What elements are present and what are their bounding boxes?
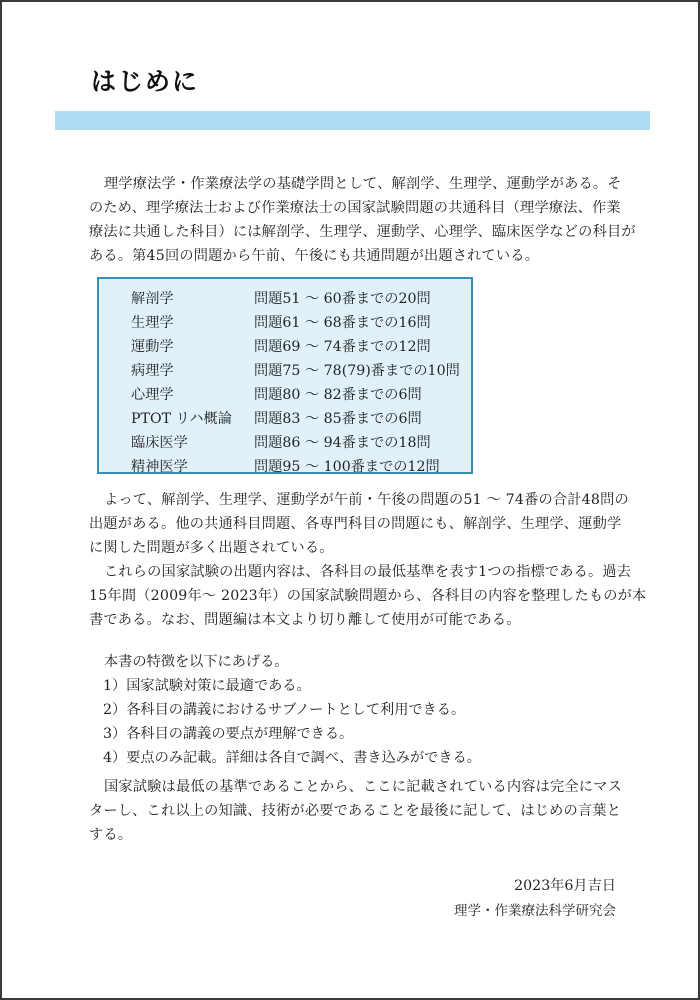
intro-paragraph: 理学療法学・作業療法学の基礎学問として、解剖学、生理学、運動学がある。そ のため… bbox=[89, 172, 649, 268]
text-line: ターし、これ以上の知識、技術が必要であることを最後に記して、はじめの言葉と bbox=[89, 799, 649, 823]
text-line: に関した問題が多く出題されている。 bbox=[89, 536, 649, 560]
table-row: 病理学問題75 ～ 78(79)番までの10問 bbox=[131, 359, 460, 383]
closing-paragraph: 国家試験は最低の基準であることから、ここに記載されている内容は完全にマス ターし… bbox=[89, 775, 649, 847]
subject-name: 解剖学 bbox=[131, 287, 254, 311]
text-line: 15年間（2009年～ 2023年）の国家試験問題から、各科目の内容を整理したも… bbox=[89, 584, 649, 608]
title-accent-bar bbox=[55, 111, 650, 130]
signature-organization: 理学・作業療法科学研究会 bbox=[454, 899, 616, 919]
list-item: 1）国家試験対策に最適である。 bbox=[89, 674, 481, 698]
question-range: 問題95 ～ 100番までの12問 bbox=[254, 459, 440, 475]
subject-name: 生理学 bbox=[131, 311, 254, 335]
subject-name: 心理学 bbox=[131, 383, 254, 407]
list-item: 3）各科目の講義の要点が理解できる。 bbox=[89, 722, 481, 746]
list-item: 4）要点のみ記載。詳細は各自で調べ、書き込みができる。 bbox=[89, 746, 481, 770]
question-range: 問題51 ～ 60番までの20問 bbox=[254, 291, 431, 307]
subject-name: 運動学 bbox=[131, 335, 254, 359]
features-lead: 本書の特徴を以下にあげる。 bbox=[89, 650, 481, 674]
signature-date: 2023年6月吉日 bbox=[514, 875, 616, 895]
subject-name: 臨床医学 bbox=[131, 431, 254, 455]
summary-paragraph: よって、解剖学、生理学、運動学が午前・午後の問題の51 ～ 74番の合計48問の… bbox=[89, 488, 649, 632]
text-line: これらの国家試験の出題内容は、各科目の最低基準を表す1つの指標である。過去 bbox=[89, 560, 649, 584]
text-line: ある。第45回の問題から午前、午後にも共通問題が出題されている。 bbox=[89, 244, 649, 268]
text-line: 出題がある。他の共通科目問題、各専門科目の問題にも、解剖学、生理学、運動学 bbox=[89, 512, 649, 536]
table-row: 生理学問題61 ～ 68番までの16問 bbox=[131, 311, 431, 335]
page-title: はじめに bbox=[91, 62, 199, 98]
subject-name: 病理学 bbox=[131, 359, 254, 383]
table-row: 精神医学問題95 ～ 100番までの12問 bbox=[131, 455, 440, 479]
question-range: 問題86 ～ 94番までの18問 bbox=[254, 435, 431, 451]
document-page: はじめに 理学療法学・作業療法学の基礎学問として、解剖学、生理学、運動学がある。… bbox=[0, 0, 700, 1000]
table-row: 解剖学問題51 ～ 60番までの20問 bbox=[131, 287, 431, 311]
features-list: 本書の特徴を以下にあげる。 1）国家試験対策に最適である。 2）各科目の講義にお… bbox=[89, 650, 481, 770]
question-range: 問題61 ～ 68番までの16問 bbox=[254, 315, 431, 331]
table-row: 臨床医学問題86 ～ 94番までの18問 bbox=[131, 431, 431, 455]
question-range: 問題83 ～ 85番までの6問 bbox=[254, 411, 422, 427]
subject-name: PTOT リハ概論 bbox=[131, 407, 254, 431]
question-range: 問題75 ～ 78(79)番までの10問 bbox=[254, 363, 460, 379]
text-line: 国家試験は最低の基準であることから、ここに記載されている内容は完全にマス bbox=[89, 775, 649, 799]
text-line: 理学療法学・作業療法学の基礎学問として、解剖学、生理学、運動学がある。そ bbox=[89, 172, 649, 196]
text-line: のため、理学療法士および作業療法士の国家試験問題の共通科目（理学療法、作業 bbox=[89, 196, 649, 220]
table-row: 運動学問題69 ～ 74番までの12問 bbox=[131, 335, 431, 359]
table-row: PTOT リハ概論問題83 ～ 85番までの6問 bbox=[131, 407, 422, 431]
table-row: 心理学問題80 ～ 82番までの6問 bbox=[131, 383, 422, 407]
list-item: 2）各科目の講義におけるサブノートとして利用できる。 bbox=[89, 698, 481, 722]
text-line: する。 bbox=[89, 823, 649, 847]
subject-name: 精神医学 bbox=[131, 455, 254, 479]
text-line: よって、解剖学、生理学、運動学が午前・午後の問題の51 ～ 74番の合計48問の bbox=[89, 488, 649, 512]
question-range: 問題80 ～ 82番までの6問 bbox=[254, 387, 422, 403]
subject-table: 解剖学問題51 ～ 60番までの20問 生理学問題61 ～ 68番までの16問 … bbox=[97, 277, 473, 474]
text-line: 療法に共通した科目）には解剖学、生理学、運動学、心理学、臨床医学などの科目が bbox=[89, 220, 649, 244]
question-range: 問題69 ～ 74番までの12問 bbox=[254, 339, 431, 355]
text-line: 書である。なお、問題編は本文より切り離して使用が可能である。 bbox=[89, 608, 649, 632]
